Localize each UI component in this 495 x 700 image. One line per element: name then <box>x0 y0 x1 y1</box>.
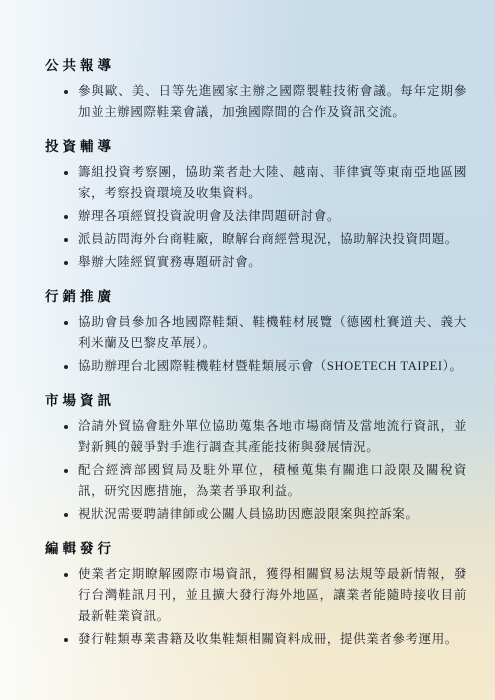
bullet-item: 洽請外貿協會駐外單位協助蒐集各地市場商情及當地流行資訊，並對新興的競爭對手進行調… <box>78 416 467 458</box>
bullet-item: 辦理各項經貿投資說明會及法律問題研討會。 <box>78 206 467 227</box>
bullet-item: 派員訪問海外台商鞋廠，瞭解台商經營現況，協助解決投資問題。 <box>78 229 467 250</box>
bullet-item: 使業者定期瞭解國際市場資訊，獲得相關貿易法規等最新情報，發行台灣鞋訊月刊，並且擴… <box>78 564 467 627</box>
bullet-list: 洽請外貿協會駐外單位協助蒐集各地市場商情及當地流行資訊，並對新興的競爭對手進行調… <box>45 416 467 525</box>
section-heading: 行銷推廣 <box>45 287 467 306</box>
bullet-item: 舉辦大陸經貿實務專題研討會。 <box>78 252 467 273</box>
document-page: 公共報導參與歐、美、日等先進國家主辦之國際製鞋技術會議。每年定期參加並主辦國際鞋… <box>0 0 495 700</box>
bullet-item: 發行鞋類專業書籍及收集鞋類相關資料成冊，提供業者參考運用。 <box>78 629 467 650</box>
section-heading: 編輯發行 <box>45 539 467 558</box>
bullet-list: 使業者定期瞭解國際市場資訊，獲得相關貿易法規等最新情報，發行台灣鞋訊月刊，並且擴… <box>45 564 467 650</box>
bullet-item: 配合經濟部國貿局及駐外單位，積極蒐集有關進口設限及關稅資訊，研究因應措施，為業者… <box>78 460 467 502</box>
section: 編輯發行使業者定期瞭解國際市場資訊，獲得相關貿易法規等最新情報，發行台灣鞋訊月刊… <box>45 539 467 650</box>
section-heading: 投資輔導 <box>45 137 467 156</box>
bullet-item: 協助辦理台北國際鞋機鞋材暨鞋類展示會（SHOETECH TAIPEI）。 <box>78 356 467 377</box>
bullet-item: 參與歐、美、日等先進國家主辦之國際製鞋技術會議。每年定期參加並主辦國際鞋業會議，… <box>78 81 467 123</box>
section: 市場資訊洽請外貿協會駐外單位協助蒐集各地市場商情及當地流行資訊，並對新興的競爭對… <box>45 391 467 525</box>
bullet-item: 視狀況需要聘請律師或公關人員協助因應設限案與控訴案。 <box>78 504 467 525</box>
bullet-list: 協助會員參加各地國際鞋類、鞋機鞋材展覽（德國杜賽道夫、義大利米蘭及巴黎皮革展）。… <box>45 312 467 377</box>
bullet-list: 籌組投資考察團，協助業者赴大陸、越南、菲律賓等東南亞地區國家，考察投資環境及收集… <box>45 162 467 273</box>
sections-container: 公共報導參與歐、美、日等先進國家主辦之國際製鞋技術會議。每年定期參加並主辦國際鞋… <box>45 56 467 650</box>
section: 公共報導參與歐、美、日等先進國家主辦之國際製鞋技術會議。每年定期參加並主辦國際鞋… <box>45 56 467 123</box>
section: 投資輔導籌組投資考察團，協助業者赴大陸、越南、菲律賓等東南亞地區國家，考察投資環… <box>45 137 467 273</box>
bullet-item: 籌組投資考察團，協助業者赴大陸、越南、菲律賓等東南亞地區國家，考察投資環境及收集… <box>78 162 467 204</box>
bullet-list: 參與歐、美、日等先進國家主辦之國際製鞋技術會議。每年定期參加並主辦國際鞋業會議，… <box>45 81 467 123</box>
section: 行銷推廣協助會員參加各地國際鞋類、鞋機鞋材展覽（德國杜賽道夫、義大利米蘭及巴黎皮… <box>45 287 467 377</box>
section-heading: 公共報導 <box>45 56 467 75</box>
section-heading: 市場資訊 <box>45 391 467 410</box>
bullet-item: 協助會員參加各地國際鞋類、鞋機鞋材展覽（德國杜賽道夫、義大利米蘭及巴黎皮革展）。 <box>78 312 467 354</box>
